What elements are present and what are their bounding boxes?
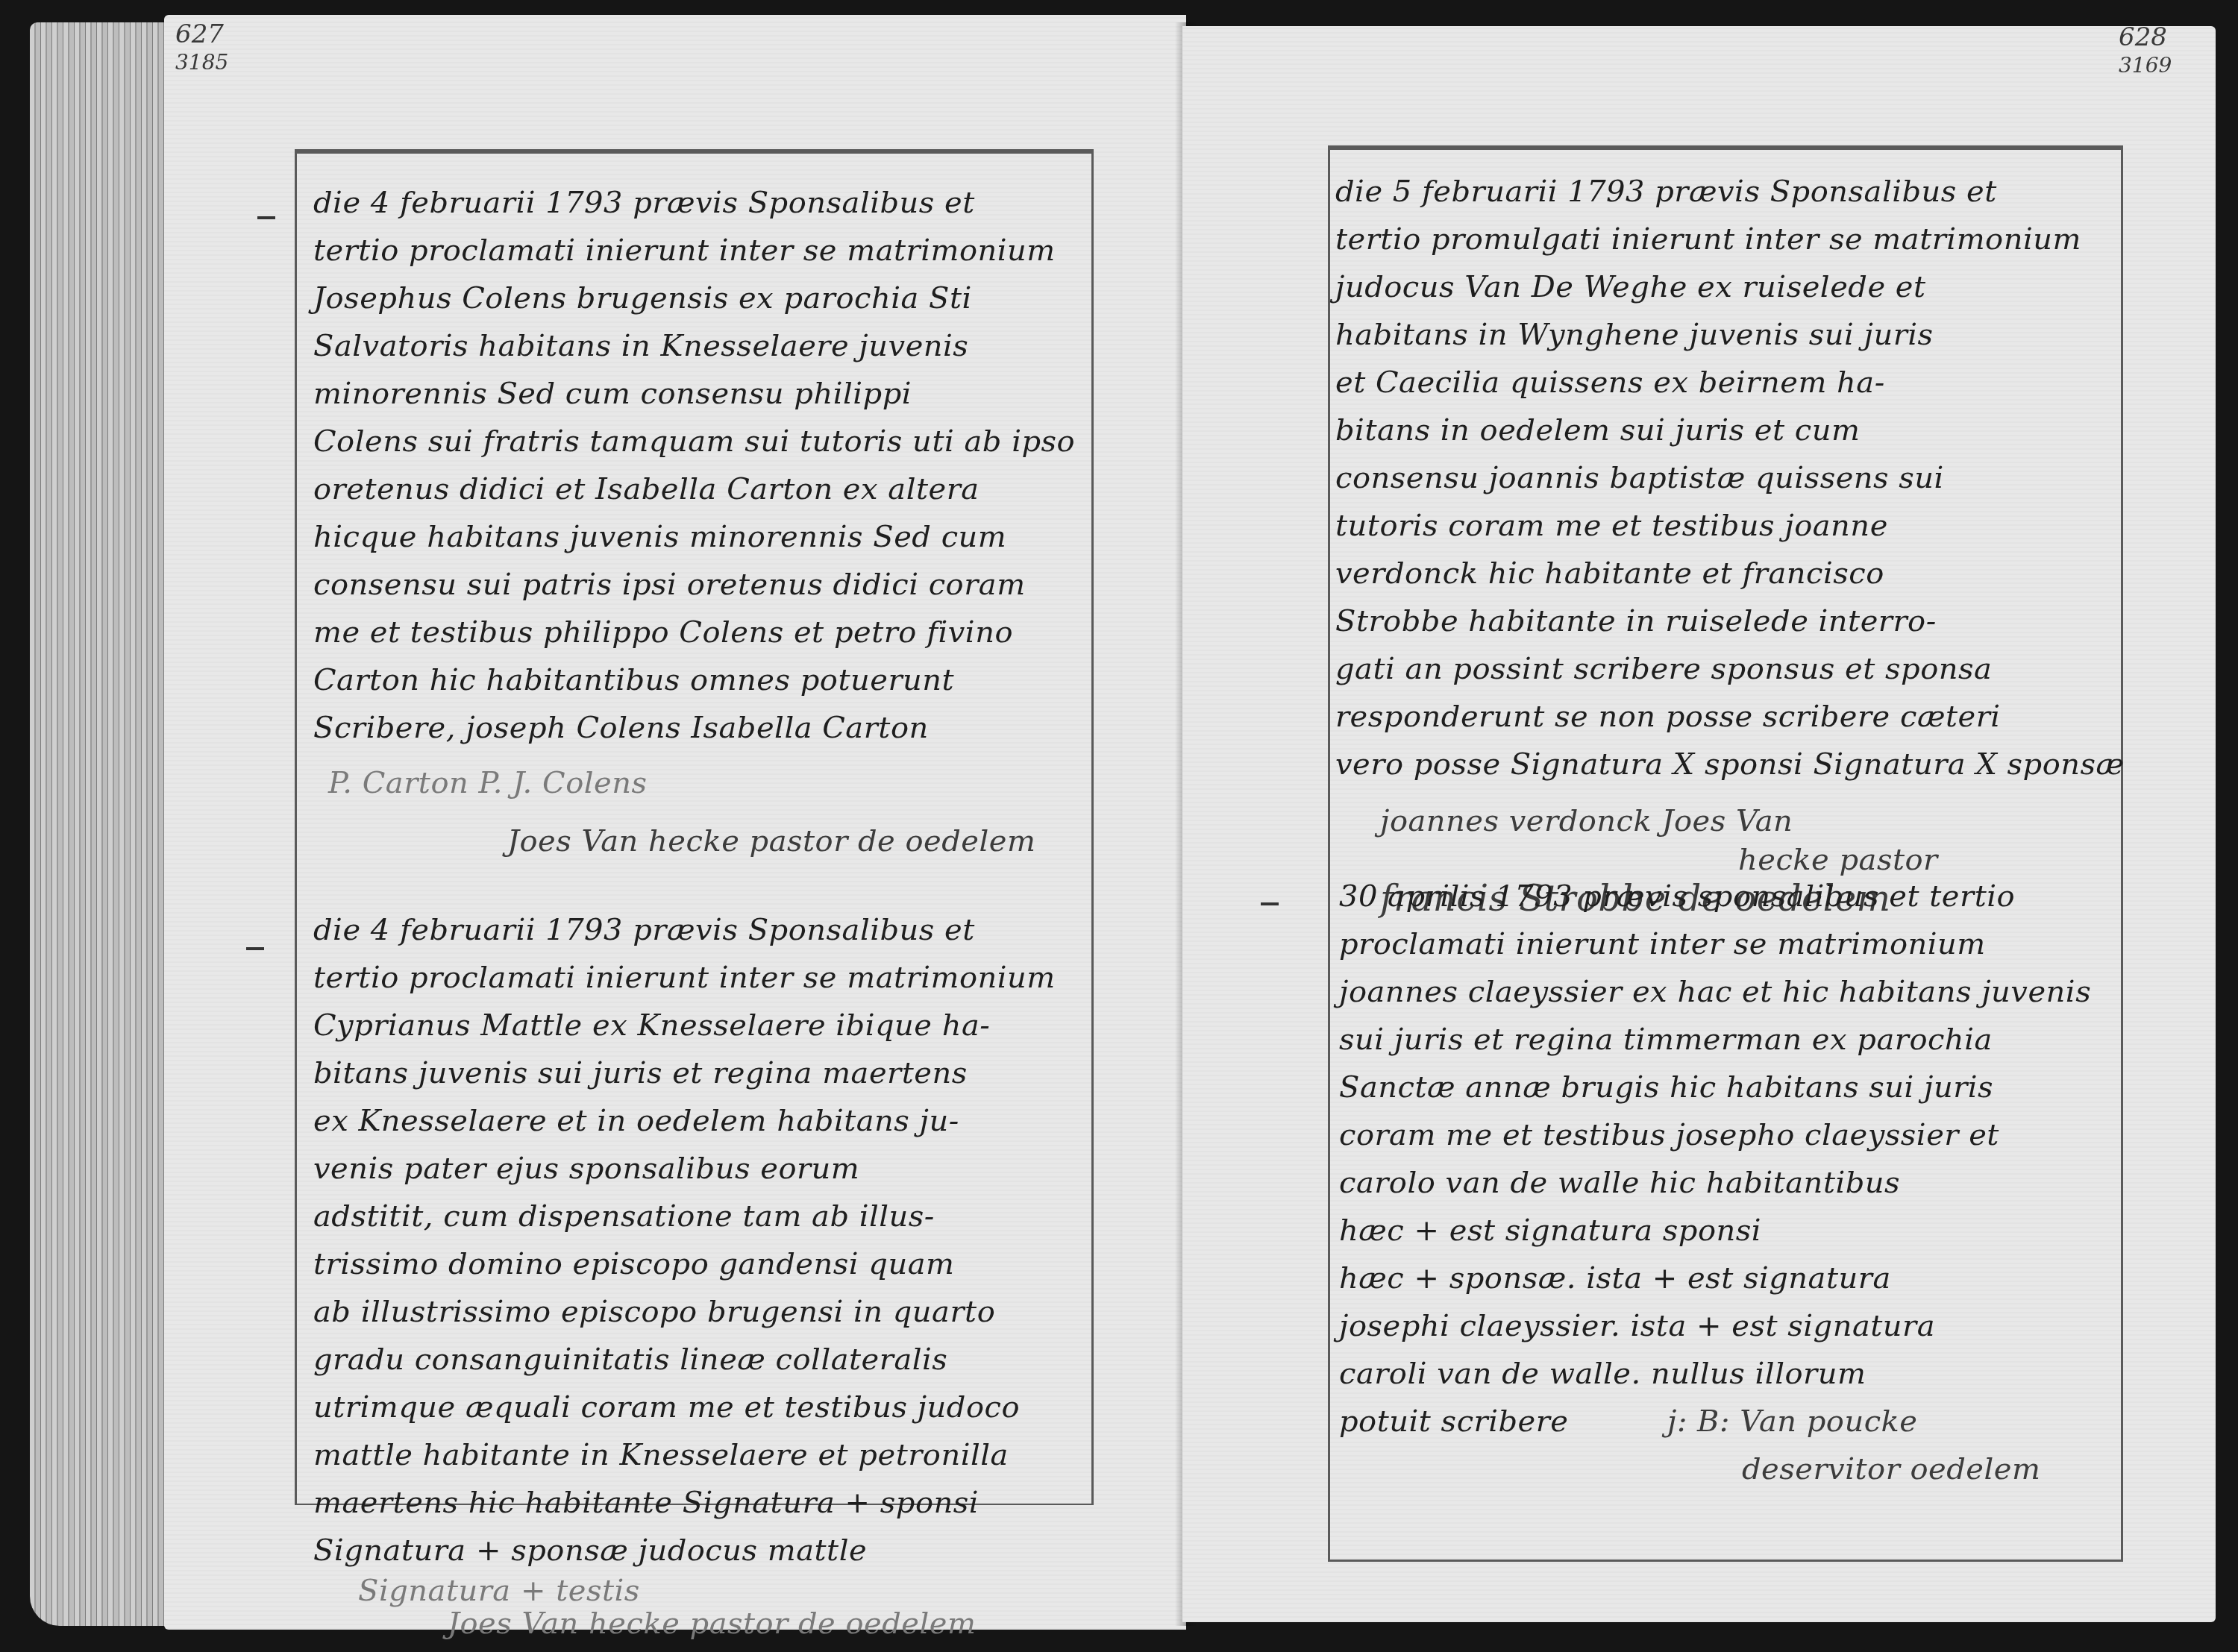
- entry-line: caroli van de walle. nullus illorum: [1339, 1350, 2091, 1398]
- left-folio-number: 627 3185: [175, 21, 228, 76]
- left-page-number: 627: [175, 19, 224, 49]
- entry-line: carolo van de walle hic habitantibus: [1339, 1159, 2091, 1207]
- entry-line: bitans juvenis sui juris et regina maert…: [313, 1049, 1056, 1097]
- entry-line: sui juris et regina timmerman ex parochi…: [1339, 1016, 2091, 1064]
- entry-line: ex Knesselaere et in oedelem habitans ju…: [313, 1097, 1056, 1145]
- entry-line: Strobbe habitante in ruiselede interro-: [1335, 597, 2125, 645]
- entry-line: josephi claeyssier. ista + est signatura: [1339, 1302, 2091, 1350]
- entry-line: Cyprianus Mattle ex Knesselaere ibique h…: [313, 1002, 1056, 1049]
- marriage-entry-mattle-maertens: die 4 februarii 1793 prævis Sponsalibus …: [313, 906, 1056, 1640]
- marriage-entry-claeyssier-timmerman: 30 aprilis 1793 prævis sponsalibus et te…: [1339, 873, 2091, 1493]
- witness-signature: Signatura + testis: [313, 1574, 1056, 1607]
- entry-line: me et testibus philippo Colens et petro …: [313, 609, 1075, 656]
- marriage-entry-vandeweghe-quissens: die 5 februarii 1793 prævis Sponsalibus …: [1335, 168, 2125, 923]
- entry-line: joannes claeyssier ex hac et hic habitan…: [1339, 968, 2091, 1016]
- entry-line: maertens hic habitante Signatura + spons…: [313, 1479, 1056, 1527]
- entry-line: die 5 februarii 1793 prævis Sponsalibus …: [1335, 168, 2125, 216]
- entry-line: vero posse Signatura X sponsi Signatura …: [1335, 741, 2125, 788]
- entry-line: Sanctæ annæ brugis hic habitans sui juri…: [1339, 1064, 2091, 1111]
- entry-line: responderunt se non posse scribere cæter…: [1335, 693, 2125, 741]
- entry-line: Colens sui fratris tamquam sui tutoris u…: [313, 418, 1075, 465]
- entry-line: bitans in oedelem sui juris et cum: [1335, 406, 2125, 454]
- entry-line: oretenus didici et Isabella Carton ex al…: [313, 465, 1075, 513]
- margin-mark: [1261, 902, 1279, 905]
- entry-line: judocus Van De Weghe ex ruiselede et: [1335, 263, 2125, 311]
- entry-line: tertio proclamati inierunt inter se matr…: [313, 227, 1075, 274]
- witness-signatures: P. Carton P. J. Colens: [313, 759, 1075, 807]
- entry-line: Carton hic habitantibus omnes potuerunt: [313, 656, 1075, 704]
- witness-and-pastor-signature: joannes verdonck Joes Van: [1335, 797, 2125, 845]
- entry-line: utrimque æquali coram me et testibus jud…: [313, 1384, 1056, 1431]
- entry-line: habitans in Wynghene juvenis sui juris: [1335, 311, 2125, 359]
- marriage-entry-colens-carton: die 4 februarii 1793 prævis Sponsalibus …: [313, 179, 1075, 865]
- entry-line: gradu consanguinitatis lineæ collaterali…: [313, 1336, 1056, 1384]
- entry-line: consensu sui patris ipsi oretenus didici…: [313, 561, 1075, 609]
- entry-line: die 4 februarii 1793 prævis Sponsalibus …: [313, 179, 1075, 227]
- right-secondary-number: 3169: [2119, 53, 2172, 78]
- entry-line: consensu joannis baptistæ quissens sui: [1335, 454, 2125, 502]
- entry-line: tertio proclamati inierunt inter se matr…: [313, 954, 1056, 1002]
- entry-line: coram me et testibus josepho claeyssier …: [1339, 1111, 2091, 1159]
- entry-line: 30 aprilis 1793 prævis sponsalibus et te…: [1339, 873, 2091, 920]
- entry-line: venis pater ejus sponsalibus eorum: [313, 1145, 1056, 1193]
- entry-line: adstitit, cum dispensatione tam ab illus…: [313, 1193, 1056, 1240]
- entry-line: Scribere, joseph Colens Isabella Carton: [313, 704, 1075, 752]
- entry-line: minorennis Sed cum consensu philippi: [313, 370, 1075, 418]
- deservitor-title: deservitor oedelem: [1339, 1445, 2091, 1493]
- right-folio-number: 628 3169: [2119, 24, 2172, 79]
- entry-line: proclamati inierunt inter se matrimonium: [1339, 920, 2091, 968]
- page-stack-edges: [30, 22, 179, 1626]
- entry-line: Signatura + sponsæ judocus mattle: [313, 1527, 1056, 1574]
- right-page-number: 628: [2119, 22, 2167, 52]
- entry-line: gati an possint scribere sponsus et spon…: [1335, 645, 2125, 693]
- entry-line: tutoris coram me et testibus joanne: [1335, 502, 2125, 550]
- entry-line: tertio promulgati inierunt inter se matr…: [1335, 216, 2125, 263]
- entry-line: hæc + est signatura sponsi: [1339, 1207, 2091, 1254]
- margin-mark: [246, 947, 264, 950]
- pastor-signature: Joes Van hecke pastor de oedelem: [313, 817, 1075, 865]
- entry-line: die 4 februarii 1793 prævis Sponsalibus …: [313, 906, 1056, 954]
- entry-line: Josephus Colens brugensis ex parochia St…: [313, 274, 1075, 322]
- entry-line: hicque habitans juvenis minorennis Sed c…: [313, 513, 1075, 561]
- entry-line: mattle habitante in Knesselaere et petro…: [313, 1431, 1056, 1479]
- pastor-signature: Joes Van hecke pastor de oedelem: [313, 1607, 1056, 1640]
- entry-line: ab illustrissimo episcopo brugensi in qu…: [313, 1288, 1056, 1336]
- margin-mark: [257, 216, 275, 219]
- pastor-signature-continued: hecke pastor: [1335, 845, 2125, 875]
- entry-line: trissimo domino episcopo gandensi quam: [313, 1240, 1056, 1288]
- entry-line: Salvatoris habitans in Knesselaere juven…: [313, 322, 1075, 370]
- entry-line: hæc + sponsæ. ista + est signatura: [1339, 1254, 2091, 1302]
- entry-line: et Caecilia quissens ex beirnem ha-: [1335, 359, 2125, 406]
- entry-line: verdonck hic habitante et francisco: [1335, 550, 2125, 597]
- left-secondary-number: 3185: [175, 50, 228, 75]
